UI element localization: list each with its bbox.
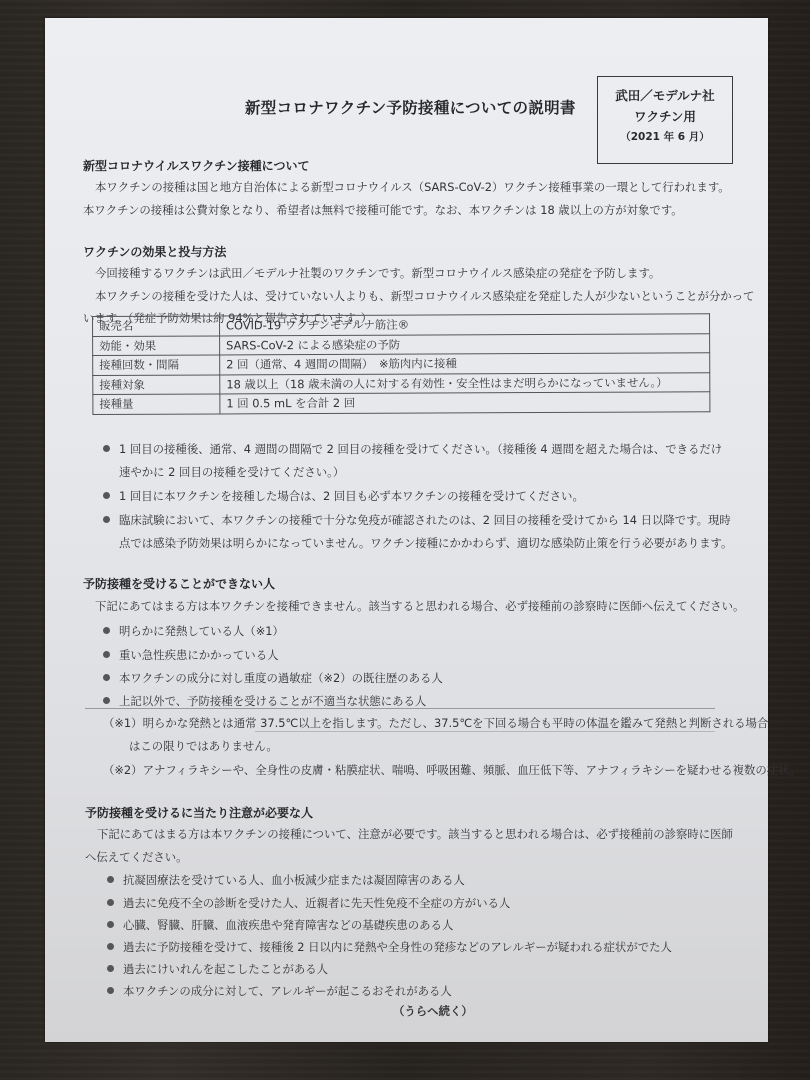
- bullet-icon: [103, 492, 110, 499]
- table-row: 接種対象 18 歳以上（18 歳未満の人に対する有効性・安全性はまだ明らかになっ…: [93, 372, 710, 394]
- list-item: 明らかに発熱している人（※1）: [103, 623, 284, 639]
- list-item: 1 回目の接種後、通常、4 週間の間隔で 2 回目の接種を受けてください。（接種…: [103, 441, 722, 457]
- vaccine-type-badge: 武田／モデルナ社 ワクチン用 （2021 年 6 月）: [597, 76, 733, 164]
- section-heading-cannot-receive: 予防接種を受けることができない人: [83, 575, 275, 592]
- badge-vaccine-label: ワクチン用: [598, 106, 732, 127]
- bullet-icon: [103, 697, 110, 704]
- section-heading-effects-and-administration: ワクチンの効果と投与方法: [83, 243, 226, 260]
- paragraph-line: 本ワクチンの接種を受けた人は、受けていない人よりも、新型コロナウイルス感染症を発…: [95, 288, 754, 304]
- section-heading-caution-required: 予防接種を受けるに当たり注意が必要な人: [85, 804, 313, 821]
- table-value: COVID-19 ワクチンモデルナ筋注®: [220, 314, 710, 336]
- table-row: 接種量 1 回 0.5 mL を合計 2 回: [93, 392, 710, 414]
- bullet-icon: [103, 627, 110, 634]
- section-heading-about-vaccination: 新型コロナウイルスワクチン接種について: [83, 157, 309, 174]
- table-row: 接種回数・間隔 2 回（通常、4 週間の間隔） ※筋肉内に接種: [93, 353, 710, 375]
- table-label: 接種量: [93, 394, 220, 414]
- list-item: 上記以外で、予防接種を受けることが不適当な状態にある人: [103, 693, 426, 709]
- list-item: 心臓、腎臓、肝臓、血液疾患や発育障害などの基礎疾患のある人: [107, 917, 453, 933]
- vaccine-spec-table: 販売名 COVID-19 ワクチンモデルナ筋注® 効能・効果 SARS-CoV-…: [92, 313, 710, 414]
- bullet-icon: [107, 987, 114, 994]
- paragraph-line: 下記にあてはまる方は本ワクチンを接種できません。該当すると思われる場合、必ず接種…: [95, 598, 744, 614]
- vaccine-explanation-document: 新型コロナワクチン予防接種についての説明書 武田／モデルナ社 ワクチン用 （20…: [45, 18, 768, 1042]
- table-value: SARS-CoV-2 による感染症の予防: [220, 333, 710, 355]
- badge-manufacturer: 武田／モデルナ社: [598, 85, 732, 106]
- bullet-icon: [107, 876, 114, 883]
- list-item: 1 回目に本ワクチンを接種した場合は、2 回目も必ず本ワクチンの接種を受けてくだ…: [103, 488, 584, 504]
- bullet-icon: [107, 943, 114, 950]
- list-item: 抗凝固療法を受けている人、血小板減少症または凝固障害のある人: [107, 872, 465, 888]
- paragraph-line: へ伝えてください。: [85, 849, 188, 865]
- list-item: 本ワクチンの成分に対して、アレルギーが起こるおそれがある人: [107, 983, 452, 999]
- list-item: 重い急性疾患にかかっている人: [103, 647, 278, 663]
- list-item: 本ワクチンの成分に対し重度の過敏症（※2）の既往歴のある人: [103, 670, 443, 686]
- list-item: 過去に予防接種を受けて、接種後 2 日以内に発熱や全身性の発疹などのアレルギーが…: [107, 939, 672, 955]
- table-value: 18 歳以上（18 歳未満の人に対する有効性・安全性はまだ明らかになっていません…: [220, 372, 710, 394]
- continued-on-back-note: （うらへ続く）: [393, 1003, 473, 1019]
- paragraph-line: 本ワクチンの接種は国と地方自治体による新型コロナウイルス（SARS-CoV-2）…: [95, 179, 730, 195]
- footnote-1: （※1）明らかな発熱とは通常 37.5℃以上を指します。ただし、37.5℃を下回…: [103, 715, 768, 731]
- bullet-icon: [107, 921, 114, 928]
- bullet-icon: [107, 899, 114, 906]
- table-label: 効能・効果: [93, 335, 220, 355]
- table-row: 効能・効果 SARS-CoV-2 による感染症の予防: [93, 333, 710, 355]
- list-item: 過去に免疫不全の診断を受けた人、近親者に先天性免疫不全症の方がいる人: [107, 895, 510, 911]
- footnote-2: （※2）アナフィラキシーや、全身性の皮膚・粘膜症状、喘鳴、呼吸困難、頻脈、血圧低…: [103, 762, 801, 778]
- badge-date: （2021 年 6 月）: [598, 127, 732, 147]
- table-label: 接種対象: [93, 374, 220, 394]
- footnote-1-continuation: はこの限りではありません。: [129, 738, 278, 754]
- list-item: 臨床試験において、本ワクチンの接種で十分な免疫が確認されたのは、2 回目の接種を…: [103, 512, 731, 528]
- table-row: 販売名 COVID-19 ワクチンモデルナ筋注®: [93, 314, 710, 336]
- list-item-continuation: 速やかに 2 回目の接種を受けてください。）: [119, 464, 344, 480]
- bullet-icon: [103, 651, 110, 658]
- bullet-icon: [103, 516, 110, 523]
- table-value: 1 回 0.5 mL を合計 2 回: [220, 392, 710, 414]
- bullet-icon: [107, 965, 114, 972]
- paragraph-line: 本ワクチンの接種は公費対象となり、希望者は無料で接種可能です。なお、本ワクチンは…: [83, 202, 683, 218]
- bullet-icon: [103, 674, 110, 681]
- bullet-icon: [103, 445, 110, 452]
- paragraph-line: 下記にあてはまる方は本ワクチンの接種について、注意が必要です。該当すると思われる…: [97, 826, 733, 842]
- paragraph-line: 今回接種するワクチンは武田／モデルナ社製のワクチンです。新型コロナウイルス感染症…: [95, 265, 660, 281]
- table-value: 2 回（通常、4 週間の間隔） ※筋肉内に接種: [220, 353, 710, 375]
- faint-dashed-line: [255, 731, 715, 732]
- document-title: 新型コロナワクチン予防接種についての説明書: [245, 96, 576, 118]
- list-item-continuation: 点では感染予防効果は明らかになっていません。ワクチン接種にかかわらず、適切な感染…: [119, 535, 732, 551]
- table-label: 販売名: [93, 316, 220, 336]
- list-item: 過去にけいれんを起こしたことがある人: [107, 961, 328, 977]
- divider-line: [85, 708, 715, 709]
- table-label: 接種回数・間隔: [93, 355, 220, 375]
